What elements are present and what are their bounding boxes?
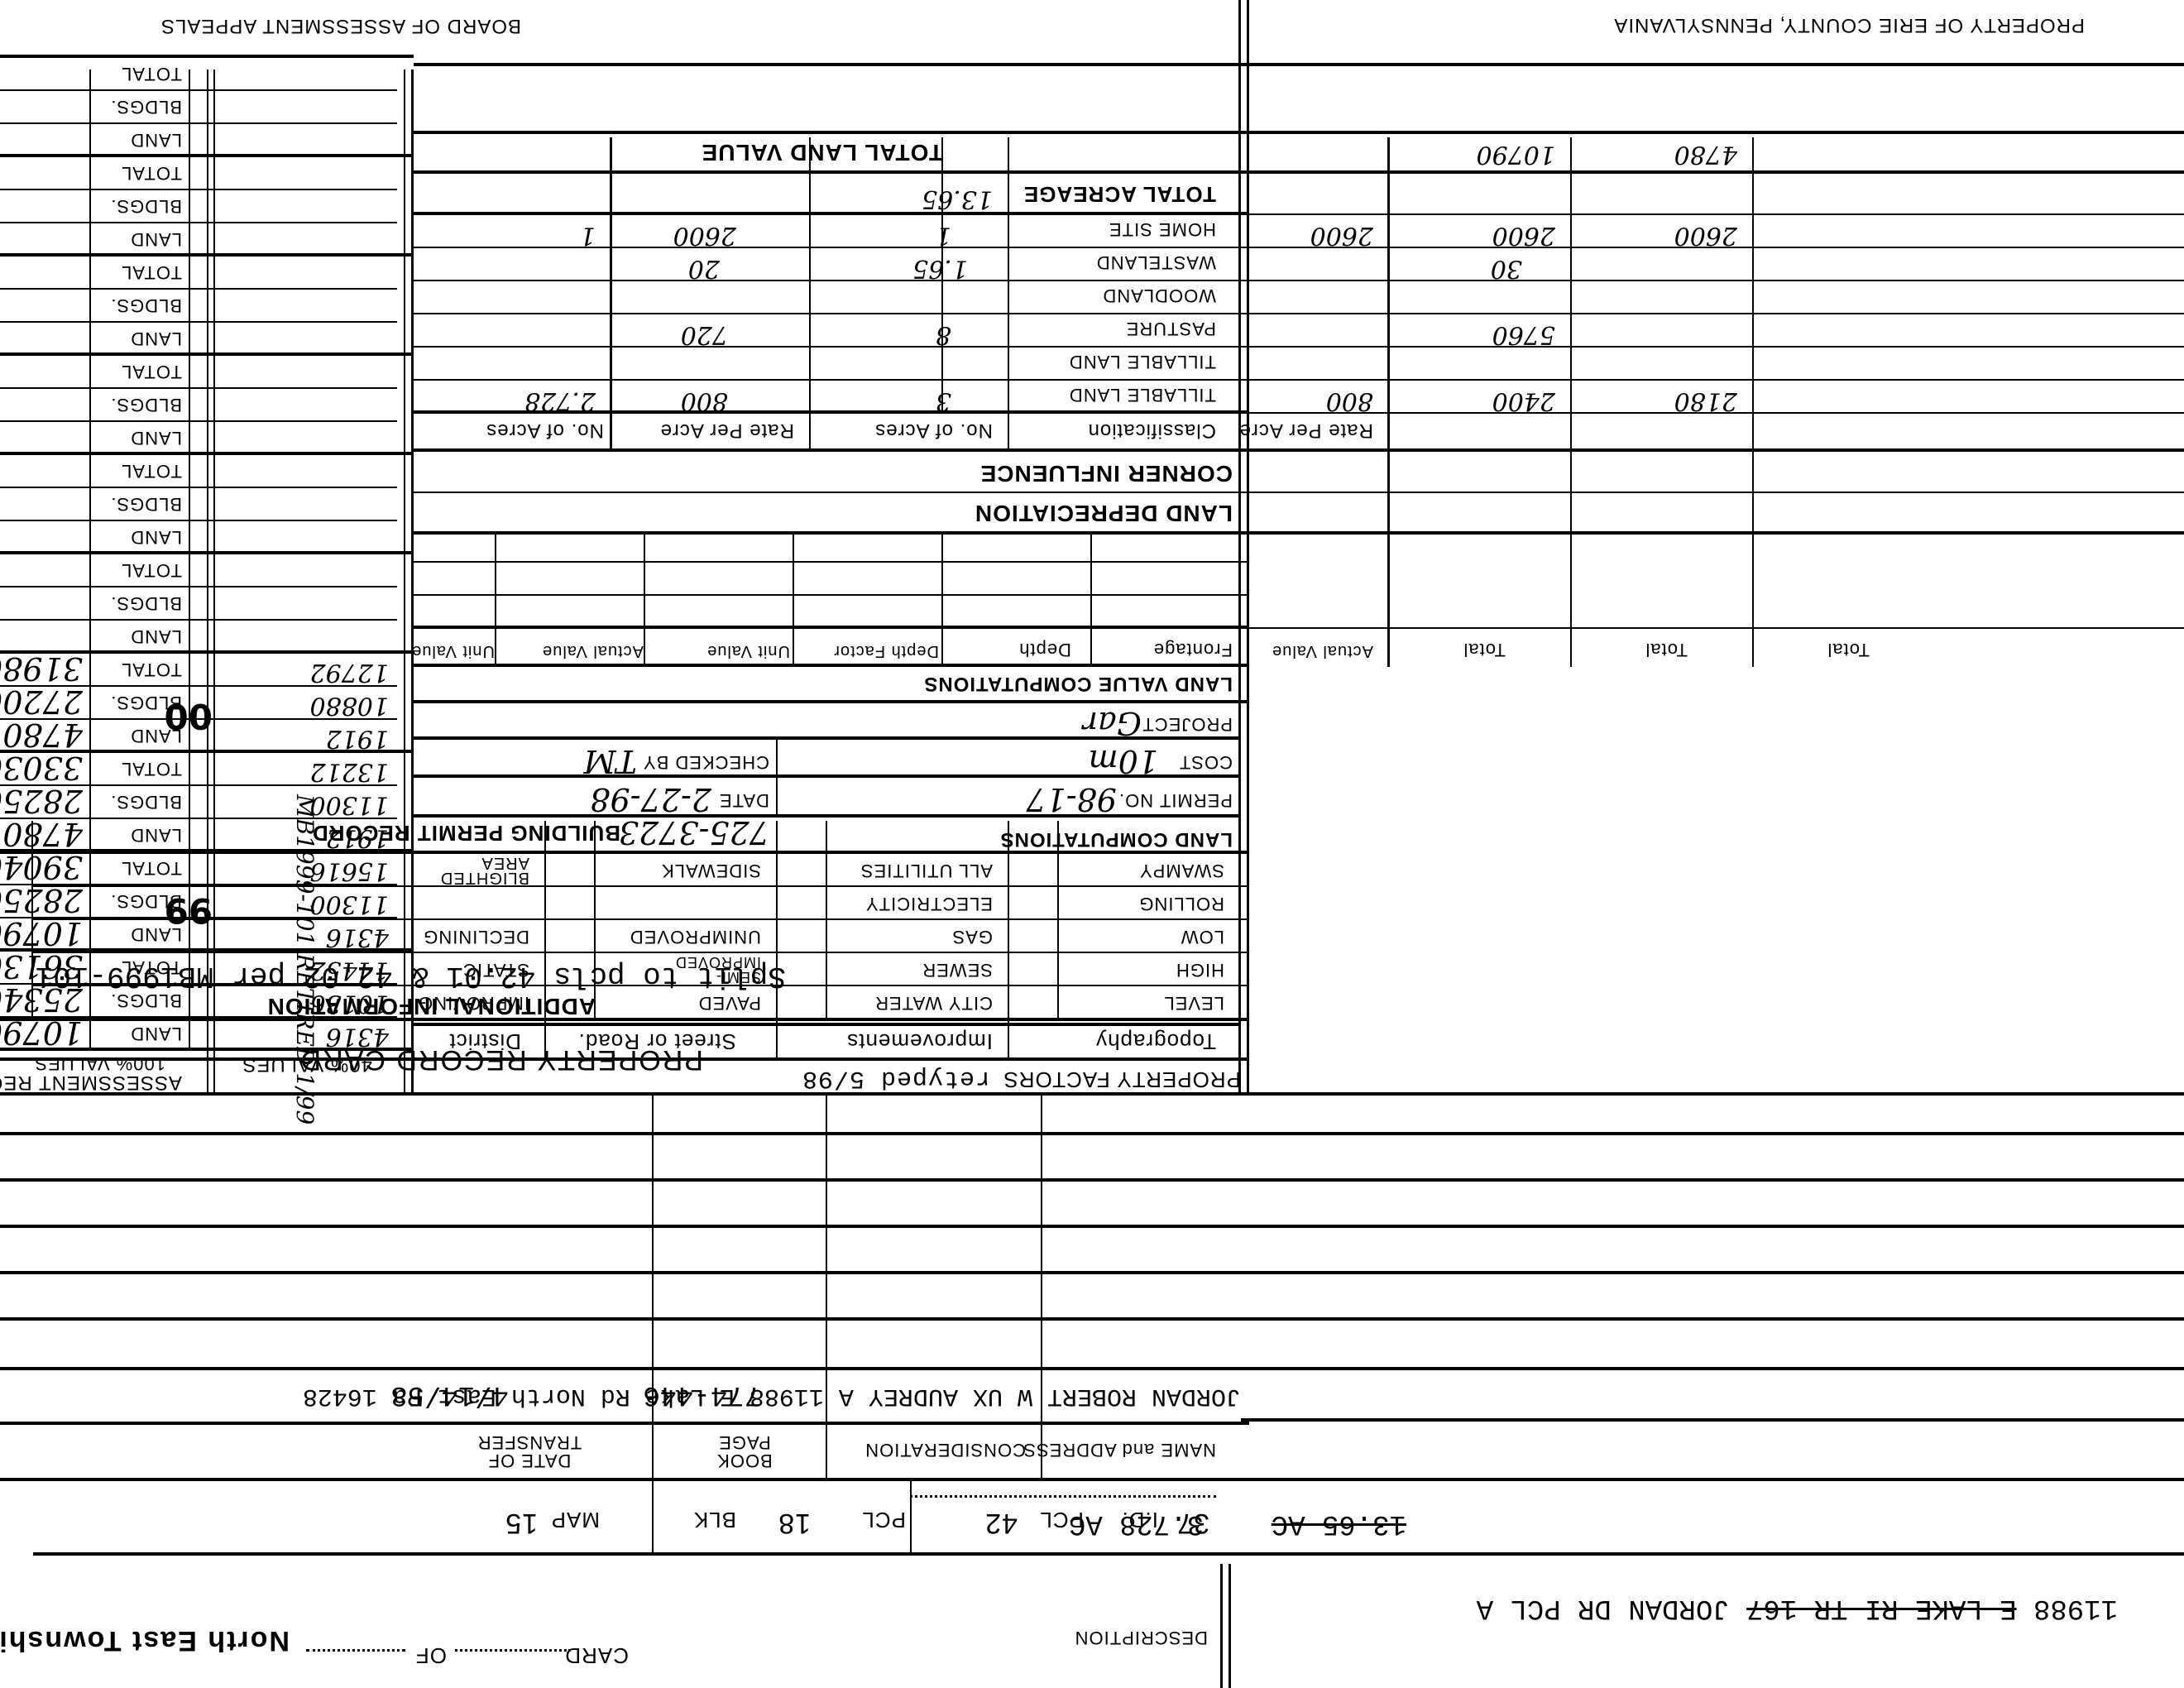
card-number-field	[455, 1649, 571, 1652]
assessment-record-title: ASSESSMENT RECORD	[0, 1071, 182, 1094]
cost-value: 10m	[1089, 743, 1158, 779]
acreage-line: 13.65 AC 3.728 AC	[1069, 1508, 1406, 1539]
factor-paved: PAVED	[698, 992, 761, 1014]
rule	[0, 718, 397, 720]
hdr-rate-per-acre-2: Rate Per Acre	[1239, 419, 1373, 442]
col-topography: Topography	[1095, 1029, 1216, 1054]
wasteland-total1: 30	[1491, 254, 1522, 283]
blk-label: BLK	[693, 1507, 736, 1532]
divider	[207, 70, 208, 1096]
rule	[0, 586, 397, 587]
factor-blighted-area: BLIGHTED AREA	[430, 856, 529, 885]
project-label: PROJECT	[1142, 713, 1233, 735]
rule	[414, 131, 2184, 134]
checked-by-value: TM	[584, 743, 637, 779]
g4-land-40: 1912	[326, 724, 389, 753]
g4-bldgs-40: 10880	[310, 691, 389, 720]
rule	[0, 420, 397, 422]
permit-ref: 725-3723	[619, 814, 769, 851]
class-tillable-1: TILLABLE LAND	[1069, 384, 1216, 405]
divider	[1752, 137, 1754, 667]
township-title: North East Township	[0, 1624, 290, 1657]
divider	[910, 1481, 912, 1556]
rule	[0, 1367, 2184, 1370]
rule	[0, 321, 397, 323]
description-label: DESCRIPTION	[1075, 1627, 1208, 1648]
row-land: LAND	[130, 427, 182, 448]
row-land: LAND	[130, 1023, 182, 1044]
rule	[414, 561, 1249, 563]
factor-sidewalk: SIDEWALK	[661, 860, 761, 881]
rule	[0, 884, 397, 885]
factor-level: LEVEL	[1164, 992, 1225, 1014]
divider	[89, 70, 91, 1051]
hdr-depth: Depth	[1018, 639, 1071, 660]
rule	[1241, 1418, 2184, 1422]
total-land-value-1: 10790	[1477, 140, 1555, 169]
rule	[0, 189, 397, 190]
checked-by-label: CHECKED BY	[643, 751, 769, 773]
project-value: Gar	[1083, 705, 1142, 741]
rule	[0, 222, 397, 223]
wasteland-rate1: 20	[688, 254, 720, 283]
homesite-acres1: 1	[936, 221, 951, 250]
class-wasteland: WASTELAND	[1096, 252, 1216, 273]
g3-bldgs-40: 11300	[310, 790, 389, 819]
rule	[414, 851, 1241, 854]
row-total: TOTAL	[121, 659, 182, 680]
factor-city-water: CITY WATER	[874, 992, 993, 1014]
rule	[414, 594, 1249, 596]
rule	[0, 983, 397, 985]
col-improvements: Improvements	[846, 1029, 993, 1054]
rule	[414, 247, 1249, 248]
factor-swampy: SWAMPY	[1139, 860, 1224, 881]
factor-low: LOW	[1181, 926, 1224, 947]
rule	[1249, 379, 2184, 381]
rule	[414, 814, 1241, 818]
factor-rolling: ROLLING	[1138, 893, 1224, 914]
name-address-header: NAME and ADDRESS	[1023, 1439, 1216, 1460]
total-acreage-label: TOTAL ACREAGE	[1023, 181, 1216, 207]
divider	[1387, 137, 1390, 667]
description-prefix: 11988	[2017, 1592, 2118, 1623]
g1-bldgs-100: 25340	[0, 981, 83, 1018]
homesite-total1: 2600	[1492, 221, 1555, 250]
divider	[495, 535, 496, 667]
acreage-struck: 13.65 AC	[1272, 1508, 1406, 1539]
g4-bldgs-100: 27200	[0, 683, 83, 720]
land-value-computations-title: LAND VALUE COMPUTATIONS	[923, 672, 1233, 695]
row-total: TOTAL	[121, 361, 182, 382]
land-computations-title: LAND COMPUTATIONS	[1000, 827, 1233, 851]
rule	[0, 253, 414, 257]
row-total: TOTAL	[121, 758, 182, 779]
permit-no-label: PERMIT NO.	[1118, 789, 1233, 811]
rule	[0, 551, 414, 554]
rule	[0, 387, 397, 389]
rule	[0, 1422, 1249, 1425]
factor-declining: DECLINING	[423, 926, 529, 947]
g2-total-40: 15616	[310, 856, 389, 885]
g2-bldgs-100: 28250	[0, 882, 83, 918]
divider	[1008, 137, 1009, 452]
rule	[0, 1092, 2184, 1096]
rule	[0, 1317, 2184, 1321]
rule	[1249, 213, 2184, 215]
g4-total-100: 31980	[0, 650, 83, 687]
rule	[414, 379, 1249, 381]
divider	[404, 70, 405, 1096]
rule	[33, 1552, 2184, 1556]
total-land-value-label: TOTAL LAND VALUE	[702, 139, 943, 165]
row-land: LAND	[130, 626, 182, 647]
rule	[1249, 627, 2184, 629]
row-bldgs: BLDGS.	[110, 295, 182, 316]
divider	[1228, 1564, 1231, 1688]
rule	[0, 619, 397, 621]
homesite-total2: 2600	[1674, 221, 1737, 250]
homesite-rate1: 2600	[673, 221, 736, 250]
blk-value: 18	[778, 1507, 811, 1539]
rule	[414, 170, 2184, 174]
g1-land-100: 10790	[0, 1014, 83, 1051]
row-total: TOTAL	[121, 63, 182, 84]
row-bldgs: BLDGS.	[110, 592, 182, 614]
divider	[809, 137, 811, 452]
pasture-total1: 5760	[1492, 320, 1555, 349]
rule	[1249, 412, 2184, 414]
permit-no: 98-17	[1026, 781, 1117, 818]
g3-land-100: 4780	[2, 816, 83, 852]
map-value: 15	[505, 1507, 538, 1539]
board-title: BOARD OF ASSESSMENT APPEALS	[160, 14, 521, 37]
cost-label: COST	[1179, 751, 1233, 773]
g3-total-40: 13212	[310, 757, 389, 786]
description-line1: 11988 E LAKE RI TR 167 JORDAN DR PCL A	[1477, 1592, 2118, 1623]
row-total: TOTAL	[121, 261, 182, 283]
hdr-total-1: Total	[1463, 639, 1506, 660]
acreage-current: 3.728 AC	[1069, 1508, 1204, 1539]
hdr-no-of-acres-1: No. of Acres	[874, 419, 993, 442]
hdr-classification: Classification	[1088, 419, 1216, 442]
divider	[1238, 0, 1241, 1096]
transfer-name-address: JORDAN ROBERT W UX AUDREY A 11988 E Lake…	[303, 1382, 1241, 1410]
rule	[0, 520, 397, 521]
row-bldgs: BLDGS.	[110, 791, 182, 813]
year-stamp-00: 00	[165, 696, 213, 736]
card-of-field	[306, 1649, 405, 1652]
map-label: MAP	[551, 1507, 600, 1532]
rule	[33, 918, 1249, 920]
pcl-label: PCL	[861, 1507, 906, 1532]
divider	[793, 535, 794, 667]
rule	[0, 288, 397, 290]
divider	[411, 70, 414, 1096]
hdr-actual-value-2: Actual Value	[1272, 641, 1373, 660]
of-label: OF	[415, 1642, 447, 1668]
values-100-label: 100% VALUES	[34, 1053, 165, 1074]
rule	[414, 626, 1249, 629]
pasture-acres1: 8	[936, 320, 951, 349]
divider	[1248, 137, 1249, 667]
rule	[414, 63, 2184, 66]
row-land: LAND	[130, 526, 182, 548]
rule	[414, 700, 1249, 703]
wasteland-acres1: 1.65	[912, 254, 968, 283]
rule	[0, 1271, 2184, 1274]
rule	[414, 313, 1249, 314]
id-dots	[910, 1495, 1216, 1498]
hdr-frontage: Frontage	[1153, 639, 1233, 660]
factor-unimproved: UNIMPROVED	[630, 926, 761, 947]
g1-bldgs-40: 10136	[310, 989, 389, 1018]
g1-land-40: 4316	[326, 1022, 389, 1051]
consideration-header: CONSIDERATION	[864, 1439, 1026, 1460]
total-acreage-value: 13.65	[922, 185, 993, 213]
rule	[0, 55, 414, 58]
divider	[644, 535, 645, 667]
rule	[1249, 280, 2184, 281]
g4-land-100: 4780	[2, 717, 83, 753]
divider	[1090, 535, 1092, 667]
divider	[776, 738, 778, 818]
row-bldgs: BLDGS.	[110, 96, 182, 117]
class-tillable-2: TILLABLE LAND	[1069, 351, 1216, 372]
row-total: TOTAL	[121, 559, 182, 581]
hdr-unit-value-2: Unit Value	[411, 641, 495, 660]
rule	[1249, 247, 2184, 248]
pasture-rate1: 720	[681, 320, 728, 349]
row-total: TOTAL	[121, 162, 182, 184]
rule	[0, 784, 397, 786]
row-land: LAND	[130, 228, 182, 250]
homesite-acres2: 1	[580, 221, 596, 250]
divider	[1570, 137, 1572, 667]
rule	[0, 818, 397, 819]
row-total: TOTAL	[121, 460, 182, 482]
g3-total-100: 33030	[0, 750, 83, 786]
tillable1-rate2: 800	[1326, 386, 1373, 415]
hdr-rate-per-acre-1: Rate Per Acre	[660, 419, 794, 442]
factor-gas: GAS	[952, 926, 993, 947]
hdr-depth-factor: Depth Factor	[833, 641, 939, 660]
rule	[0, 1478, 2184, 1481]
divider	[213, 70, 215, 1096]
description-struck: E LAKE RI TR 167	[1746, 1592, 2016, 1623]
rule	[1249, 313, 2184, 314]
rule	[414, 448, 2184, 452]
rule	[0, 1132, 2184, 1135]
rule	[0, 352, 414, 356]
row-bldgs: BLDGS.	[110, 493, 182, 515]
total-land-value-2: 4780	[1674, 140, 1737, 169]
year-stamp-99: 99	[165, 890, 213, 931]
rule	[0, 1018, 1249, 1021]
side-note: MB1999-101 RETIRED 1/99	[291, 794, 318, 1125]
rule	[0, 89, 397, 91]
class-woodland: WOODLAND	[1102, 285, 1216, 306]
hdr-unit-value-1: Unit Value	[706, 641, 790, 660]
corner-influence-label: CORNER INFLUENCE	[980, 460, 1233, 487]
rule	[0, 452, 414, 455]
row-bldgs: BLDGS.	[110, 195, 182, 217]
tillable1-acres1: 3	[936, 386, 951, 415]
row-land: LAND	[130, 328, 182, 349]
g2-land-100: 10790	[0, 915, 83, 952]
divider	[610, 137, 612, 452]
rule	[414, 664, 1249, 667]
property-of-header: PROPERTY OF ERIE COUNTY, PENNSYLVANIA	[1613, 13, 2085, 36]
factor-high: HIGH	[1176, 959, 1224, 981]
divider	[1220, 1564, 1223, 1688]
row-bldgs: BLDGS.	[110, 394, 182, 415]
rule	[0, 122, 397, 124]
rule	[414, 346, 1249, 348]
divider	[652, 1481, 654, 1556]
row-land: LAND	[130, 129, 182, 151]
rule	[414, 212, 1249, 215]
g3-bldgs-100: 28250	[0, 783, 83, 819]
hdr-no-of-acres-2: No. of Acres	[486, 419, 604, 442]
description-current: JORDAN DR PCL A	[1477, 1592, 1730, 1623]
card-label: CARD	[564, 1642, 629, 1668]
rule	[0, 154, 414, 157]
book-page-header: BOOK PAGE	[695, 1433, 794, 1470]
hdr-total-2: Total	[1645, 639, 1688, 660]
factor-sewer: SEWER	[922, 959, 993, 981]
rule	[0, 685, 397, 687]
class-home-site: HOME SITE	[1109, 218, 1216, 240]
rule	[0, 650, 414, 654]
g1-total-100: 36130	[0, 948, 83, 985]
rule	[33, 885, 1249, 887]
date-of-transfer-header: DATE OF TRANSFER	[463, 1433, 596, 1470]
rule	[0, 1225, 2184, 1228]
row-total: TOTAL	[121, 857, 182, 879]
rule	[0, 487, 397, 488]
divider	[941, 535, 943, 667]
rule	[414, 531, 2184, 535]
tillable1-total1: 2400	[1492, 386, 1555, 415]
g1-total-40: 14452	[310, 956, 389, 985]
rule	[414, 1023, 1241, 1026]
rule	[414, 280, 1249, 281]
g2-bldgs-40: 11300	[310, 890, 389, 918]
tillable1-total2: 2180	[1674, 386, 1737, 415]
row-total: TOTAL	[121, 957, 182, 978]
homesite-rate2: 2600	[1310, 221, 1373, 250]
property-factors-title: PROPERTY FACTORS retyped 5/98	[802, 1064, 1241, 1092]
factor-electricity: ELECTRICITY	[865, 893, 993, 914]
factor-all-utilities: ALL UTILITIES	[860, 860, 993, 881]
rule	[1249, 346, 2184, 348]
rule	[0, 1016, 397, 1018]
g4-total-40: 12792	[310, 658, 389, 687]
tillable1-rate1: 800	[681, 386, 728, 415]
g2-total-100: 39040	[0, 849, 83, 885]
rule	[33, 952, 1249, 953]
g3-land-40: 1912	[326, 823, 389, 852]
land-depreciation-label: LAND DEPRECIATION	[975, 500, 1233, 526]
date-label: DATE	[719, 789, 769, 811]
hdr-actual-value-1: Actual Value	[542, 641, 644, 660]
permit-date: 2-27-98	[590, 781, 711, 818]
rule	[0, 1178, 2184, 1182]
hdr-total-3: Total	[1827, 639, 1870, 660]
rule	[0, 917, 397, 918]
g2-land-40: 4316	[326, 923, 389, 952]
row-bldgs: BLDGS.	[110, 990, 182, 1011]
pcl-value: 42	[984, 1507, 1018, 1539]
class-pasture: PASTURE	[1126, 318, 1216, 339]
tillable1-acres2: 2.728	[524, 386, 596, 415]
rule	[414, 492, 2184, 493]
property-record-card: CARD OF North East Township DESCRIPTION …	[0, 0, 2184, 1688]
row-land: LAND	[130, 824, 182, 846]
